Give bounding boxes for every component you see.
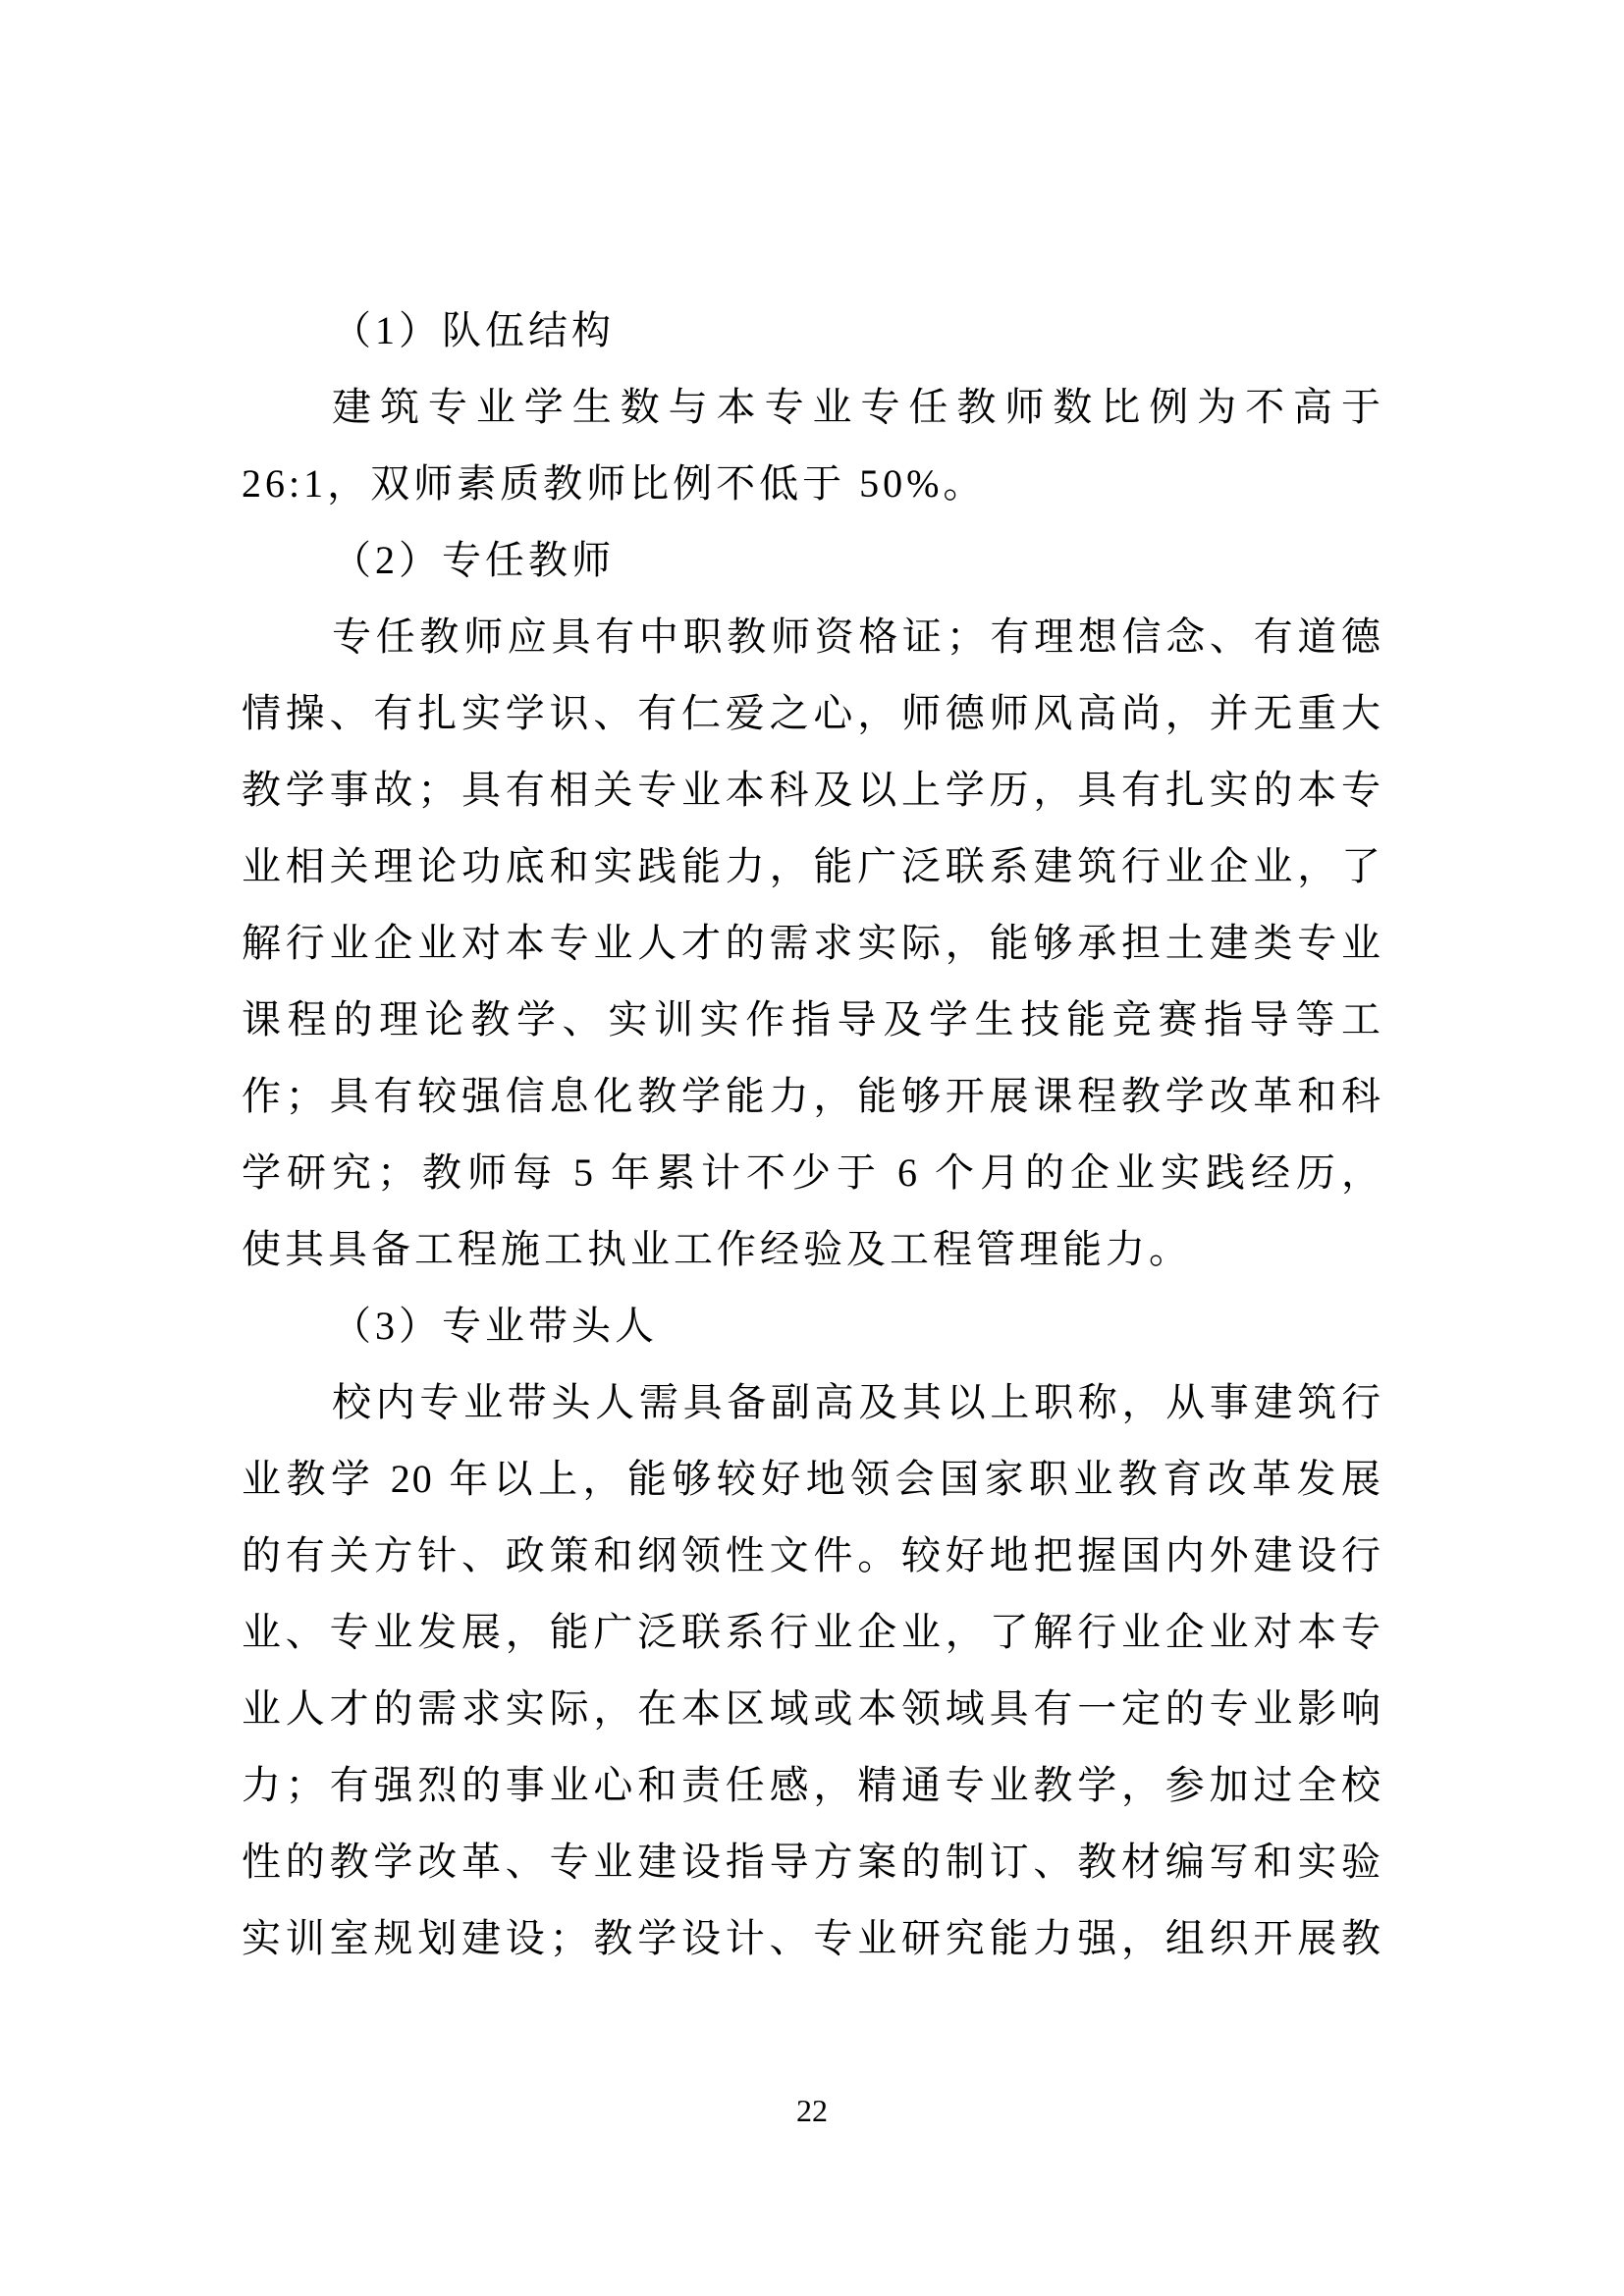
document-page: { "page": { "number": "22" }, "colors": … [0,0,1624,2296]
text-line: 的有关方针、政策和纲领性文件。较好地把握国内外建设行 [242,1518,1382,1594]
text-line: 作；具有较强信息化教学能力，能够开展课程教学改革和科 [242,1058,1382,1135]
text-line: 学研究；教师每 5 年累计不少于 6 个月的企业实践经历， [242,1135,1382,1211]
text-line: 业人才的需求实际，在本区域或本领域具有一定的专业影响 [242,1671,1382,1747]
text-line: 实训室规划建设；教学设计、专业研究能力强，组织开展教 [242,1900,1382,1977]
section-heading: （1）队伍结构 [242,293,1382,369]
page-number: 22 [796,2093,828,2128]
text-line: 业相关理论功底和实践能力，能广泛联系建筑行业企业，了 [242,828,1382,905]
text-line: 26:1，双师素质教师比例不低于 50%。 [242,446,1382,522]
text-line: 课程的理论教学、实训实作指导及学生技能竞赛指导等工 [242,982,1382,1058]
text-line: 情操、有扎实学识、有仁爱之心，师德师风高尚，并无重大 [242,675,1382,752]
text-line: 校内专业带头人需具备副高及其以上职称，从事建筑行 [242,1364,1382,1441]
text-line: 解行业企业对本专业人才的需求实际，能够承担土建类专业 [242,905,1382,982]
text-line: 性的教学改革、专业建设指导方案的制订、教材编写和实验 [242,1824,1382,1900]
text-line: 建筑专业学生数与本专业专任教师数比例为不高于 [242,369,1382,446]
text-line: 专任教师应具有中职教师资格证；有理想信念、有道德 [242,599,1382,675]
text-line: 业教学 20 年以上，能够较好地领会国家职业教育改革发展 [242,1441,1382,1518]
text-line: 教学事故；具有相关专业本科及以上学历，具有扎实的本专 [242,752,1382,828]
section-heading: （3）专业带头人 [242,1288,1382,1364]
text-line: 使其具备工程施工执业工作经验及工程管理能力。 [242,1211,1382,1288]
text-line: 力；有强烈的事业心和责任感，精通专业教学，参加过全校 [242,1747,1382,1824]
text-line: 业、专业发展，能广泛联系行业企业，了解行业企业对本专 [242,1594,1382,1671]
document-body: （1）队伍结构建筑专业学生数与本专业专任教师数比例为不高于26:1，双师素质教师… [242,293,1382,1977]
section-heading: （2）专任教师 [242,522,1382,599]
page-number-footer: 22 [0,2091,1624,2130]
